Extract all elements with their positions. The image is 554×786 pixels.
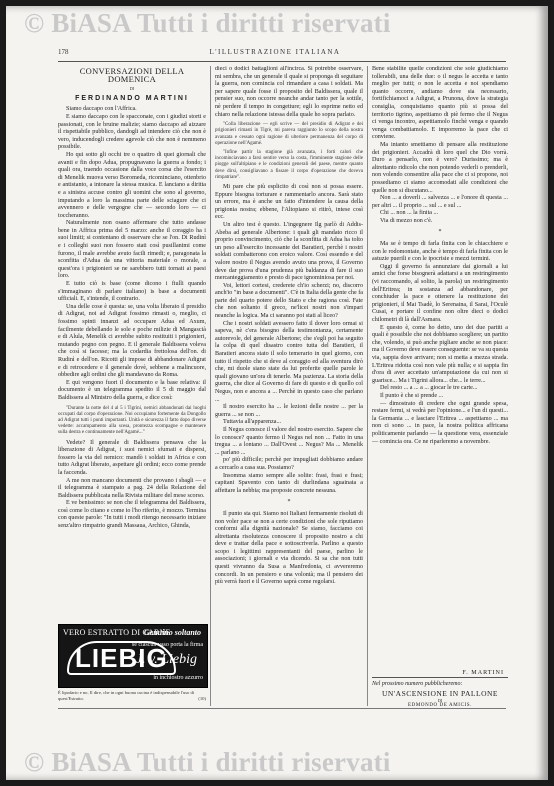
paragraph: Vedete? Il generale di Baldissera pensav… <box>58 440 206 478</box>
scanned-page: © BiASA Tutti i diritti riservati 178 L'… <box>6 6 548 780</box>
paragraph: Voi, lettori cortesi, crederete ch'io sc… <box>215 283 363 321</box>
quoted-text: "Infine partir la stagione già avanzata,… <box>215 150 363 181</box>
ad-line-ink: in inchiostro azzurro <box>153 675 203 681</box>
header-rule <box>58 61 506 62</box>
paragraph: A me non mancano documenti che provano i… <box>58 478 206 501</box>
paragraph: E siamo daccapo con le spacconate, con i… <box>58 114 206 152</box>
column-3: Bene stabilite quelle condizioni che sol… <box>372 66 508 666</box>
ad-genuine: Genuino soltanto <box>144 628 201 637</box>
paragraph: Naturalmente non osano affermare che tut… <box>58 220 206 281</box>
paragraph: Del resto ... a ... a ... giocar le tre … <box>372 385 508 393</box>
article-title: CONVERSAZIONI DELLA DOMENICA <box>58 68 206 83</box>
paragraph: Tuttavia all'apparenza... <box>215 419 363 427</box>
paragraph: Una delle cose è questa: se, una volta l… <box>58 304 206 380</box>
paragraph: Siamo daccapo con l'Affrica. <box>58 106 206 114</box>
watermark-top: © BiASA Tutti i diritti riservati <box>24 8 391 39</box>
paragraph: Il punto è che si prende ... <box>372 393 508 401</box>
paragraph: Ma se è tempo di farla finita con le chi… <box>372 241 508 264</box>
paragraph: E ve benissimo: se non che il telegramma… <box>58 500 206 530</box>
paragraph: Il nostro esercito ha ... le lezioni del… <box>215 404 363 419</box>
column-1: CONVERSAZIONI DELLA DOMENICA DI FERDINAN… <box>58 66 206 531</box>
paragraph: Non ... a doverli ... salvezza ... e l'o… <box>372 195 508 210</box>
ad-box: VERO ESTRATTO DI CARNE Genuino soltanto … <box>58 624 208 688</box>
announcement-rule <box>372 677 508 678</box>
running-header: 178 L'ILLUSTRAZIONE ITALIANA <box>58 48 492 60</box>
paragraph: Oggi il governo fa annunziare dai giorna… <box>372 264 508 325</box>
article-author: FERDINANDO MARTINI <box>58 95 206 103</box>
column-divider <box>210 66 211 706</box>
paragraph: E questo è, come ho detto, uno dei due p… <box>372 325 508 386</box>
paragraph: Insomma siamo sempre alle solite: frasi,… <box>215 473 363 496</box>
paragraph: Il punto sta qui. Siamo noi Italiani fer… <box>215 511 363 587</box>
paragraph: E tutto ciò is base (come dicono i fiull… <box>58 281 206 304</box>
paragraph: po' più difficile; perchè per impugliati… <box>215 457 363 472</box>
ad-caption-number: (10) <box>198 696 206 702</box>
ad-line-vase: se ciascun vaso porta la firma <box>132 642 203 648</box>
paragraph: Ma intanto smettiamo di pensare alla res… <box>372 142 508 195</box>
quoted-text: "Colla liberazione — egli scrive — del p… <box>215 122 363 147</box>
ad-signature: J. v. Liebig <box>136 652 197 668</box>
paragraph: Ho qui sotto gli occhi tre o quattro di … <box>58 152 206 220</box>
paragraph: Mi pare che più esplicito di così non si… <box>215 184 363 222</box>
liebig-advertisement: VERO ESTRATTO DI CARNE Genuino soltanto … <box>58 624 208 702</box>
quoted-telegram: "Durante la notte del 4 al 5 i Tigrini, … <box>58 406 206 437</box>
article-by: DI <box>58 85 206 93</box>
paragraph: Che i nostri soldati avessero fatto il d… <box>215 321 363 405</box>
journal-title: L'ILLUSTRAZIONE ITALIANA <box>58 48 492 56</box>
paragraph: Bene stabilite quelle condizioni che sol… <box>372 66 508 142</box>
section-asterisk: * <box>215 499 363 507</box>
column-2: dieci o dodici battaglioni all'incirca. … <box>215 66 363 706</box>
paragraph: dieci o dodici battaglioni all'incirca. … <box>215 66 363 119</box>
next-issue-announcement: Nel prossimo numero pubblicheremo: UN'AS… <box>372 675 508 708</box>
announcement-intro: Nel prossimo numero pubblicheremo: <box>372 681 508 687</box>
paragraph: — dimostrato di credere che ogni grande … <box>372 401 508 447</box>
paragraph: Via di mezzo non c'è. <box>372 218 508 226</box>
paragraph: Un altro test è questo. L'ingegnere Ilg … <box>215 222 363 283</box>
column-divider <box>367 66 368 706</box>
footer-rule <box>58 708 506 709</box>
announcement-title: UN'ASCENSIONE IN PALLONE <box>372 689 508 698</box>
paragraph: E qui vengono fuori il documento e la ba… <box>58 380 206 403</box>
section-asterisk: * <box>372 229 508 237</box>
ad-caption-text: È lipodario e no, Il dire, che in ogni b… <box>58 690 194 701</box>
watermark-bottom: © BiASA Tutti i diritti riservati <box>24 747 391 778</box>
paragraph: Chi ... non ... la finita ... <box>372 210 508 218</box>
ad-caption: È lipodario e no, Il dire, che in ogni b… <box>58 690 208 702</box>
paragraph: Il Negus conosce il valore del nostro es… <box>215 427 363 457</box>
